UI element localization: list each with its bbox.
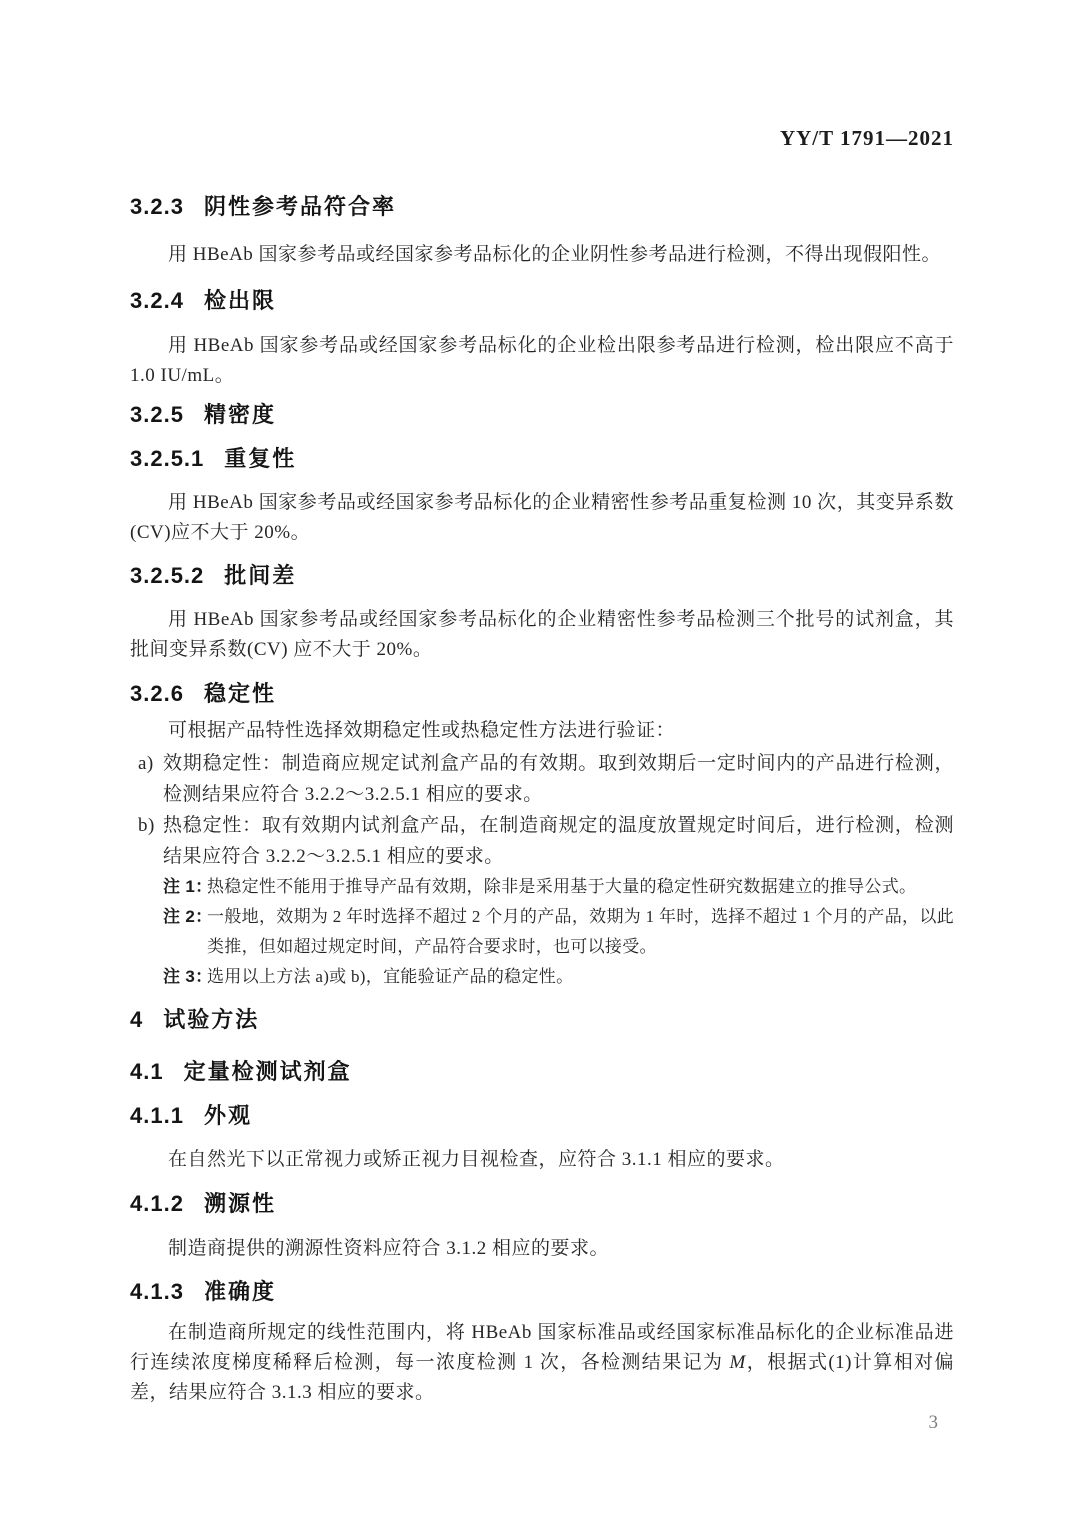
section-number: 3.2.6 <box>130 679 184 709</box>
section-number: 4.1.2 <box>130 1189 184 1219</box>
stability-method-list: a) 效期稳定性：制造商应规定试剂盒产品的有效期。取到效期后一定时间内的产品进行… <box>130 748 954 872</box>
section-title: 检出限 <box>204 288 276 313</box>
heading-4-1-1: 4.1.1外观 <box>130 1101 954 1131</box>
section-title: 批间差 <box>224 563 296 588</box>
section-title: 外观 <box>204 1103 252 1128</box>
section-title: 试验方法 <box>163 1007 259 1032</box>
section-title: 精密度 <box>204 402 276 427</box>
heading-4-1-2: 4.1.2溯源性 <box>130 1189 954 1219</box>
heading-3-2-4: 3.2.4检出限 <box>130 286 954 316</box>
section-title: 准确度 <box>204 1279 276 1304</box>
heading-3-2-5-1: 3.2.5.1重复性 <box>130 444 954 474</box>
list-item-text: 热稳定性：取有效期内试剂盒产品，在制造商规定的温度放置规定时间后，进行检测，检测… <box>163 815 954 867</box>
paragraph-4-1-3: 在制造商所规定的线性范围内，将 HBeAb 国家标准品或经国家标准品标化的企业标… <box>130 1318 954 1408</box>
document-page: YY/T 1791—2021 3.2.3阴性参考品符合率 用 HBeAb 国家参… <box>0 0 1080 1526</box>
heading-3-2-5: 3.2.5精密度 <box>130 400 954 430</box>
heading-3-2-6: 3.2.6稳定性 <box>130 679 954 709</box>
note-text: 选用以上方法 a)或 b)，宜能验证产品的稳定性。 <box>207 967 573 986</box>
list-item-a: a) 效期稳定性：制造商应规定试剂盒产品的有效期。取到效期后一定时间内的产品进行… <box>130 748 954 810</box>
paragraph-4-1-1: 在自然光下以正常视力或矫正视力目视检查，应符合 3.1.1 相应的要求。 <box>130 1145 954 1175</box>
section-number: 3.2.4 <box>130 286 184 316</box>
page-number: 3 <box>130 1408 954 1438</box>
list-item-b: b) 热稳定性：取有效期内试剂盒产品，在制造商规定的温度放置规定时间后，进行检测… <box>130 810 954 872</box>
note-label: 注 2： <box>163 902 212 932</box>
heading-3-2-5-2: 3.2.5.2批间差 <box>130 561 954 591</box>
section-number: 4.1 <box>130 1057 164 1087</box>
heading-4-1-3: 4.1.3准确度 <box>130 1277 954 1307</box>
list-marker: a) <box>138 748 154 779</box>
section-number: 3.2.3 <box>130 192 184 222</box>
paragraph-3-2-3: 用 HBeAb 国家参考品或经国家参考品标化的企业阴性参考品进行检测，不得出现假… <box>130 240 954 270</box>
heading-4-1: 4.1定量检测试剂盒 <box>130 1057 954 1087</box>
section-title: 重复性 <box>224 446 296 471</box>
section-number: 4.1.1 <box>130 1101 184 1131</box>
note-1: 注 1： 热稳定性不能用于推导产品有效期，除非是采用基于大量的稳定性研究数据建立… <box>130 872 954 902</box>
section-number: 3.2.5.2 <box>130 561 204 591</box>
list-item-text: 效期稳定性：制造商应规定试剂盒产品的有效期。取到效期后一定时间内的产品进行检测，… <box>163 753 954 805</box>
heading-3-2-3: 3.2.3阴性参考品符合率 <box>130 192 954 222</box>
note-text: 热稳定性不能用于推导产品有效期，除非是采用基于大量的稳定性研究数据建立的推导公式… <box>207 877 916 896</box>
section-title: 定量检测试剂盒 <box>184 1059 352 1084</box>
note-text: 一般地，效期为 2 年时选择不超过 2 个月的产品，效期为 1 年时，选择不超过… <box>207 907 954 956</box>
note-2: 注 2： 一般地，效期为 2 年时选择不超过 2 个月的产品，效期为 1 年时，… <box>130 902 954 962</box>
paragraph-3-2-5-1: 用 HBeAb 国家参考品或经国家参考品标化的企业精密性参考品重复检测 10 次… <box>130 488 954 548</box>
note-3: 注 3： 选用以上方法 a)或 b)，宜能验证产品的稳定性。 <box>130 962 954 992</box>
section-title: 溯源性 <box>204 1191 276 1216</box>
section-number: 3.2.5.1 <box>130 444 204 474</box>
section-number: 4 <box>130 1005 143 1035</box>
section-number: 3.2.5 <box>130 400 184 430</box>
note-label: 注 1： <box>163 872 212 902</box>
section-number: 4.1.3 <box>130 1277 184 1307</box>
list-marker: b) <box>138 810 155 841</box>
section-title: 稳定性 <box>204 681 276 706</box>
standard-number: YY/T 1791—2021 <box>130 123 954 153</box>
note-label: 注 3： <box>163 962 212 992</box>
paragraph-4-1-2: 制造商提供的溯源性资料应符合 3.1.2 相应的要求。 <box>130 1234 954 1264</box>
paragraph-3-2-6-intro: 可根据产品特性选择效期稳定性或热稳定性方法进行验证： <box>130 716 954 746</box>
section-title: 阴性参考品符合率 <box>204 194 396 219</box>
paragraph-3-2-4: 用 HBeAb 国家参考品或经国家参考品标化的企业检出限参考品进行检测，检出限应… <box>130 331 954 391</box>
variable-M: M <box>730 1352 746 1373</box>
notes-list: 注 1： 热稳定性不能用于推导产品有效期，除非是采用基于大量的稳定性研究数据建立… <box>130 872 954 992</box>
heading-4: 4试验方法 <box>130 1005 954 1035</box>
paragraph-3-2-5-2: 用 HBeAb 国家参考品或经国家参考品标化的企业精密性参考品检测三个批号的试剂… <box>130 605 954 665</box>
